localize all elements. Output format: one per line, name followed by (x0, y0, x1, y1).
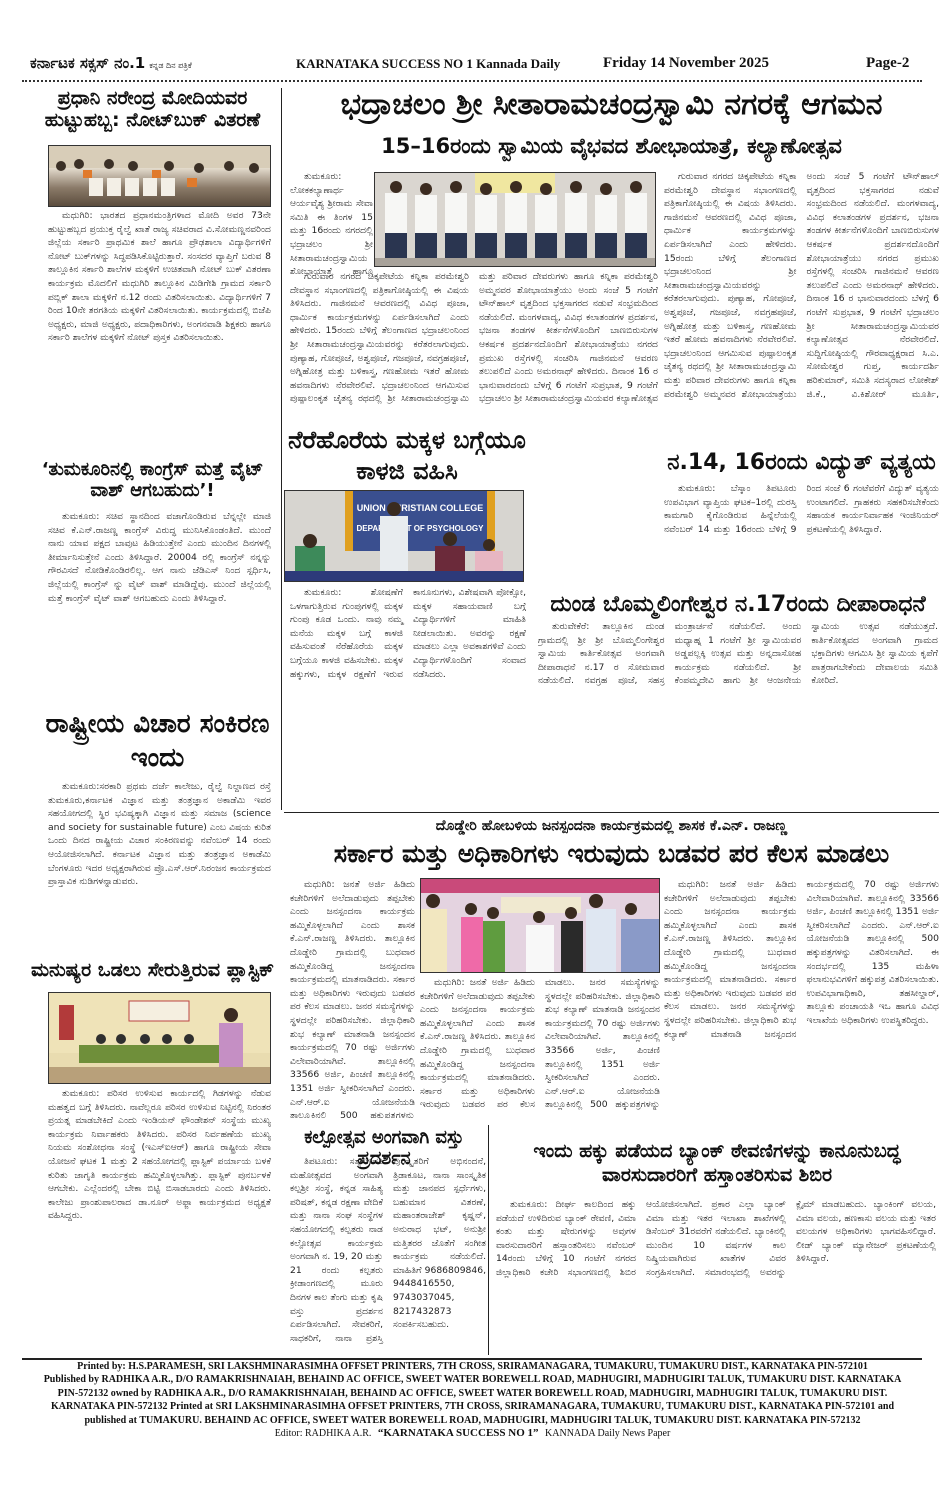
congress-body-text: ತುಮಕೂರು: ಸಚಿವ ಸ್ಥಾನದಿಂದ ವಜಾಗೊಂಡಿರುವ ಬೆನ್… (48, 510, 271, 605)
congress-body: ತುಮಕೂರು: ಸಚಿವ ಸ್ಥಾನದಿಂದ ವಜಾಗೊಂಡಿರುವ ಬೆನ್… (48, 510, 271, 674)
seminar-headline: ರಾಷ್ಟ್ರೀಯ ವಿಚಾರ ಸಂಕಿರಣ ಇಂದು (40, 708, 275, 776)
bank-headline: ಇಂದು ಹಕ್ಕು ಪಡೆಯದ ಬ್ಯಾಂಕ್ ಠೇವಣಿಗಳನ್ನು ಕಾನ… (492, 1140, 942, 1188)
column-divider (281, 88, 282, 810)
rajanna-body-col2: ಮಧುಗಿರಿ: ಜನತೆ ಅರ್ಜಿ ಹಿಡಿದು ಕಚೇರಿಗಳಿಗೆ ಅಲ… (420, 976, 660, 1118)
imprint-line-2: Published by RADHIKA A.R., D/O RAMAKRISH… (0, 1373, 945, 1386)
masthead-kannada-title: ಕರ್ನಾಟಕ ಸಕ್ಸಸ್ ನಂ.1ಕನ್ನಡ ದಿನ ಪತ್ರಿಕೆ (30, 54, 192, 72)
bhadrachalam-subheadline: 15–16ರಂದು ಸ್ವಾಮಿಯ ವೈಭವದ ಶೋಭಾಯಾತ್ರೆ, ಕಲ್ಯ… (284, 134, 939, 158)
imprint: Printed by: H.S.PARAMESH, SRI LAKSHMINAR… (0, 1360, 945, 1440)
imprint-line-4: KARNATAKA PIN-572132 Printed at SRI LAKS… (0, 1400, 945, 1413)
powercut-headline: ನ.14, 16ರಂದು ವಿದ್ಯುತ್ ವ್ಯತ್ಯಯ (664, 450, 939, 475)
imprint-line-5: published at TUMAKURU. BEHAIND AC OFFICE… (0, 1414, 945, 1427)
rajanna-body-text-2: ಮಧುಗಿರಿ: ಜನತೆ ಅರ್ಜಿ ಹಿಡಿದು ಕಚೇರಿಗಳಿಗೆ ಅಲ… (420, 976, 660, 1118)
rajanna-body-col1: ಮಧುಗಿರಿ: ಜನತೆ ಅರ್ಜಿ ಹಿಡಿದು ಕಚೇರಿಗಳಿಗೆ ಅಲ… (290, 878, 415, 1118)
kalotsava-body-text: ತಿಪಟೂರು: ಸತ್ಯಗಣಪತಿ ಮಹೋತ್ಸವದ ಅಂಗವಾಗಿ ಕಲ್ಪ… (290, 1155, 486, 1345)
masthead-divider (22, 80, 922, 82)
editor-line: Editor: RADHIKA A.R. “KARNATAKA SUCCESS … (0, 1427, 945, 1440)
section-divider (284, 812, 939, 813)
children-body-text: ತುಮಕೂರು: ಶೋಷಣೆಗೆ ಒಳಗಾಗುತ್ತಿರುವ ಗುಂಪುಗಳಲ್… (290, 586, 526, 681)
deepotsava-body: ತುರುವೇಕೆರೆ: ತಾಲ್ಲೂಕಿನ ದುಂಡ ಗ್ರಾಮದಲ್ಲಿ ಶ್… (538, 620, 938, 810)
children-photo: UNION CHRISTIAN COLLEGE DEPARTMENT OF PS… (284, 490, 524, 582)
congress-headline: ‘ತುಮಕೂರಿನಲ್ಲಿ ಕಾಂಗ್ರೆಸ್ ಮತ್ತೆ ವೈಟ್ ವಾಶ್ … (30, 460, 275, 501)
children-body: ತುಮಕೂರು: ಶೋಷಣೆಗೆ ಒಳಗಾಗುತ್ತಿರುವ ಗುಂಪುಗಳಲ್… (290, 586, 526, 808)
bank-body: ತುಮಕೂರು: ದೀರ್ಘ ಕಾಲದಿಂದ ಹಕ್ಕು ಪಡೆಯದೆ ಉಳಿದ… (496, 1198, 936, 1353)
kannada-subtitle: ಕನ್ನಡ ದಿನ ಪತ್ರಿಕೆ (149, 61, 192, 70)
kalotsava-body: ತಿಪಟೂರು: ಸತ್ಯಗಣಪತಿ ಮಹೋತ್ಸವದ ಅಂಗವಾಗಿ ಕಲ್ಪ… (290, 1155, 486, 1353)
plastic-photo (48, 992, 271, 1084)
rajanna-kicker: ದೊಡ್ಡೇರಿ ಹೋಬಳಿಯ ಜನಸ್ಪಂದನಾ ಕಾರ್ಯಕ್ರಮದಲ್ಲಿ… (284, 818, 939, 834)
seminar-body: ತುಮಕೂರು:ಸರಕಾರಿ ಪ್ರಥಮ ದರ್ಜೆ ಕಾಲೇಜು, ರೈಲ್ವ… (48, 780, 271, 948)
plastic-headline: ಮನುಷ್ಯರ ಒಡಲು ಸೇರುತ್ತಿರುವ ಪ್ಲಾಸ್ಟಿಕ್ (30, 960, 275, 982)
rajanna-body-text-3: ಮಧುಗಿರಿ: ಜನತೆ ಅರ್ಜಿ ಹಿಡಿದು ಕಚೇರಿಗಳಿಗೆ ಅಲ… (664, 878, 939, 1041)
powercut-body-text: ತುಮಕೂರು: ಬೆಸ್ಕಾಂ ತಿಪಟೂರು ಉಪವಿಭಾಗ ವ್ಯಾಪ್ತ… (664, 482, 939, 536)
bhadrachalam-headline: ಭದ್ರಾಚಲಂ ಶ್ರೀ ಸೀತಾರಾಮಚಂದ್ರಸ್ವಾಮಿ ನಗರಕ್ಕೆ… (284, 88, 939, 123)
banner-line-2: DEPARTMENT OF PSYCHOLOGY (357, 524, 485, 533)
group-photo-icon (375, 173, 656, 267)
powercut-body: ತುಮಕೂರು: ಬೆಸ್ಕಾಂ ತಿಪಟೂರು ಉಪವಿಭಾಗ ವ್ಯಾಪ್ತ… (664, 482, 939, 592)
plastic-body-text: ತುಮಕೂರು: ಪರಿಸರ ಉಳಿಸುವ ಕಾರ್ಯದಲ್ಲಿ ಗಿಡಗಳನ್… (48, 1087, 271, 1223)
bhadrachalam-body-right: ಗುರುವಾರ ನಗರದ ಚಿಕ್ಕಪೇಟೆಯ ಕನ್ನಿಕಾ ಪರಮೇಶ್ವರ… (664, 170, 939, 406)
issue-date: Friday 14 November 2025 (603, 55, 769, 72)
bank-body-text: ತುಮಕೂರು: ದೀರ್ಘ ಕಾಲದಿಂದ ಹಕ್ಕು ಪಡೆಯದೆ ಉಳಿದ… (496, 1198, 936, 1280)
editor-name: Editor: RADHIKA A.R. (275, 1428, 372, 1439)
children-headline: ನೆರೆಹೊರೆಯ ಮಕ್ಕಳ ಬಗ್ಗೆಯೂ ಕಾಳಜಿ ವಹಿಸಿ (284, 425, 530, 487)
bhadrachalam-lead-text: ತುಮಕೂರು: ಲೋಕಕಲ್ಯಾಣಾರ್ಥ ಆರ್ಯವೈಶ್ಯ ಶ್ರೀರಾಮ… (290, 170, 373, 282)
english-title: KARNATAKA SUCCESS NO 1 Kannada Daily (296, 56, 560, 72)
people-photo-icon (49, 146, 271, 207)
ceremony-photo-icon (421, 879, 660, 973)
imprint-line-1: Printed by: H.S.PARAMESH, SRI LAKSHMINAR… (0, 1360, 945, 1373)
bhadrachalam-body-text: ಗುರುವಾರ ನಗರದ ಚಿಕ್ಕಪೇಟೆಯ ಕನ್ನಿಕಾ ಪರಮೇಶ್ವರ… (290, 270, 658, 410)
bhadrachalam-lead: ತುಮಕೂರು: ಲೋಕಕಲ್ಯಾಣಾರ್ಥ ಆರ್ಯವೈಶ್ಯ ಶ್ರೀರಾಮ… (290, 170, 373, 282)
bhadrachalam-body-left: ಗುರುವಾರ ನಗರದ ಚಿಕ್ಕಪೇಟೆಯ ಕನ್ನಿಕಾ ಪರಮೇಶ್ವರ… (290, 270, 658, 410)
paper-type: KANNADA Daily News Paper (545, 1428, 670, 1439)
rajanna-body-text: ಮಧುಗಿರಿ: ಜನತೆ ಅರ್ಜಿ ಹಿಡಿದು ಕಚೇರಿಗಳಿಗೆ ಅಲ… (290, 878, 415, 1118)
kannada-title: ಕರ್ನಾಟಕ ಸಕ್ಸಸ್ ನಂ.1 (30, 54, 145, 72)
seminar-body-text: ತುಮಕೂರು:ಸರಕಾರಿ ಪ್ರಥಮ ದರ್ಜೆ ಕಾಲೇಜು, ರೈಲ್ವ… (48, 780, 271, 889)
modi-photo (48, 145, 271, 207)
deepotsava-headline: ದುಂಡ ಬೊಮ್ಮಲಿಂಗೇಶ್ವರ ನ.17ರಂದು ದೀಪಾರಾಧನೆ (533, 592, 943, 617)
imprint-line-3: PIN-572132 owned by RADHIKA A.R., D/O RA… (0, 1387, 945, 1400)
bhadrachalam-photo (374, 172, 656, 267)
modi-headline: ಪ್ರಧಾನಿ ನರೇಂದ್ರ ಮೋದಿಯವರ ಹುಟ್ಟುಹಬ್ಬ: ನೋಟ್… (30, 88, 275, 132)
bhadrachalam-body-text-continued: ಗುರುವಾರ ನಗರದ ಚಿಕ್ಕಪೇಟೆಯ ಕನ್ನಿಕಾ ಪರಮೇಶ್ವರ… (664, 170, 939, 406)
seminar-photo-icon (49, 993, 271, 1084)
rajanna-headline: ಸರ್ಕಾರ ಮತ್ತು ಅಧಿಕಾರಿಗಳು ಇರುವುದು ಬಡವರ ಪರ … (284, 840, 939, 869)
modi-body: ಮಧುಗಿರಿ: ಭಾರತದ ಪ್ರಧಾನಮಂತ್ರಿಗಳಾದ ಮೋದಿ ಅವರ… (48, 209, 271, 437)
rajanna-body-col3: ಮಧುಗಿರಿ: ಜನತೆ ಅರ್ಜಿ ಹಿಡಿದು ಕಚೇರಿಗಳಿಗೆ ಅಲ… (664, 878, 939, 1114)
paper-name: “KARNATAKA SUCCESS NO 1” (378, 1427, 539, 1439)
college-event-photo-icon: UNION CHRISTIAN COLLEGE DEPARTMENT OF PS… (285, 491, 524, 582)
page-number: Page-2 (866, 55, 909, 72)
deepotsava-body-text: ತುರುವೇಕೆರೆ: ತಾಲ್ಲೂಕಿನ ದುಂಡ ಗ್ರಾಮದಲ್ಲಿ ಶ್… (538, 620, 938, 688)
masthead: ಕರ್ನಾಟಕ ಸಕ್ಸಸ್ ನಂ.1ಕನ್ನಡ ದಿನ ಪತ್ರಿಕೆ KAR… (0, 52, 945, 76)
column-divider (488, 1125, 489, 1355)
modi-body-text: ಮಧುಗಿರಿ: ಭಾರತದ ಪ್ರಧಾನಮಂತ್ರಿಗಳಾದ ಮೋದಿ ಅವರ… (48, 209, 271, 345)
rajanna-photo (420, 878, 660, 973)
plastic-body: ತುಮಕೂರು: ಪರಿಸರ ಉಳಿಸುವ ಕಾರ್ಯದಲ್ಲಿ ಗಿಡಗಳನ್… (48, 1087, 271, 1352)
banner-line-1: UNION CHRISTIAN COLLEGE (357, 503, 484, 513)
